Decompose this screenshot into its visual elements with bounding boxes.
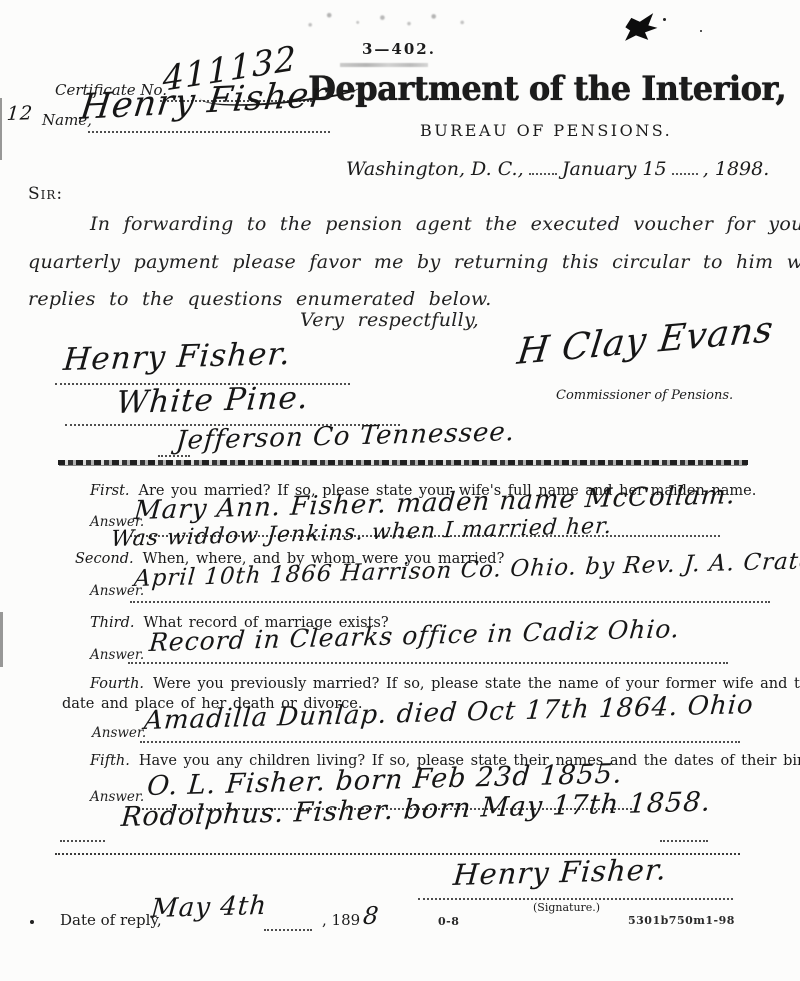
dotted-line bbox=[130, 601, 770, 603]
question-number: Third. bbox=[90, 615, 134, 631]
faint-smudge-line bbox=[340, 63, 428, 67]
dotted-line bbox=[418, 898, 733, 900]
addressee-county-handwritten: Jefferson Co Tennessee. bbox=[175, 417, 516, 456]
dotted-line bbox=[158, 455, 190, 457]
print-code-right: 5301b750m1-98 bbox=[628, 914, 735, 927]
ink-speck bbox=[30, 920, 34, 924]
dotted-line bbox=[60, 840, 105, 842]
dotted-line bbox=[128, 662, 728, 664]
question-text: Were you previously married? If so, plea… bbox=[153, 676, 800, 692]
date-of-reply-label: Date of reply, bbox=[60, 911, 162, 929]
scan-edge-artifact bbox=[0, 612, 3, 667]
dotted-line bbox=[88, 131, 330, 133]
dotted-line bbox=[529, 158, 557, 175]
dateline-year: , 1898. bbox=[703, 158, 769, 180]
date-of-reply-handwritten: May 4th bbox=[150, 891, 268, 924]
pension-questionnaire-document: 3—402. Certificate No. 411132 Department… bbox=[0, 0, 800, 981]
margin-mark-handwritten: 12 bbox=[6, 102, 34, 125]
question-number: Fifth. bbox=[90, 753, 130, 769]
answer-label: Answer. bbox=[90, 647, 144, 663]
scan-edge-artifact bbox=[0, 98, 2, 160]
dateline-place: Washington, D. C., bbox=[346, 158, 524, 180]
print-code-left: 0-8 bbox=[438, 915, 459, 928]
letter-body-line: quarterly payment please favor me by ret… bbox=[28, 251, 800, 273]
department-title: Department of the Interior, bbox=[308, 68, 786, 108]
answer-label: Answer. bbox=[92, 725, 146, 741]
dotted-line bbox=[140, 741, 740, 743]
ink-speck bbox=[663, 18, 666, 21]
letter-body-line: In forwarding to the pension agent the e… bbox=[90, 213, 800, 235]
commissioner-title: Commissioner of Pensions. bbox=[556, 388, 733, 403]
salutation: Sir: bbox=[28, 184, 63, 204]
addressee-town-handwritten: White Pine. bbox=[115, 380, 310, 421]
dotted-line bbox=[660, 840, 708, 842]
question-fourth: Fourth.Were you previously married? If s… bbox=[90, 676, 800, 692]
section-divider-rule bbox=[58, 460, 748, 465]
bureau-title: BUREAU OF PENSIONS. bbox=[420, 121, 672, 140]
faint-stamp-smudge bbox=[295, 8, 485, 32]
question-number: First. bbox=[90, 483, 130, 499]
letter-body-line: replies to the questions enumerated belo… bbox=[28, 288, 492, 310]
dotted-line bbox=[264, 929, 312, 931]
year-printed: , 189 bbox=[322, 911, 360, 929]
question-number: Fourth. bbox=[90, 676, 144, 692]
dateline-date: January 15 bbox=[562, 158, 667, 180]
letter-closing: Very respectfully, bbox=[300, 309, 479, 331]
year-digit-handwritten: 8 bbox=[362, 902, 380, 930]
question-number: Second. bbox=[75, 551, 134, 567]
dateline: Washington, D. C., January 15 , 1898. bbox=[346, 158, 769, 180]
form-number: 3—402. bbox=[362, 40, 436, 58]
commissioner-signature: H Clay Evans bbox=[515, 309, 776, 373]
dotted-line bbox=[672, 158, 698, 175]
respondent-signature-handwritten: Henry Fisher. bbox=[452, 852, 668, 892]
signature-caption: (Signature.) bbox=[533, 901, 600, 914]
ink-blot bbox=[620, 12, 660, 45]
addressee-name-handwritten: Henry Fisher. bbox=[62, 336, 292, 378]
ink-speck bbox=[700, 30, 702, 32]
